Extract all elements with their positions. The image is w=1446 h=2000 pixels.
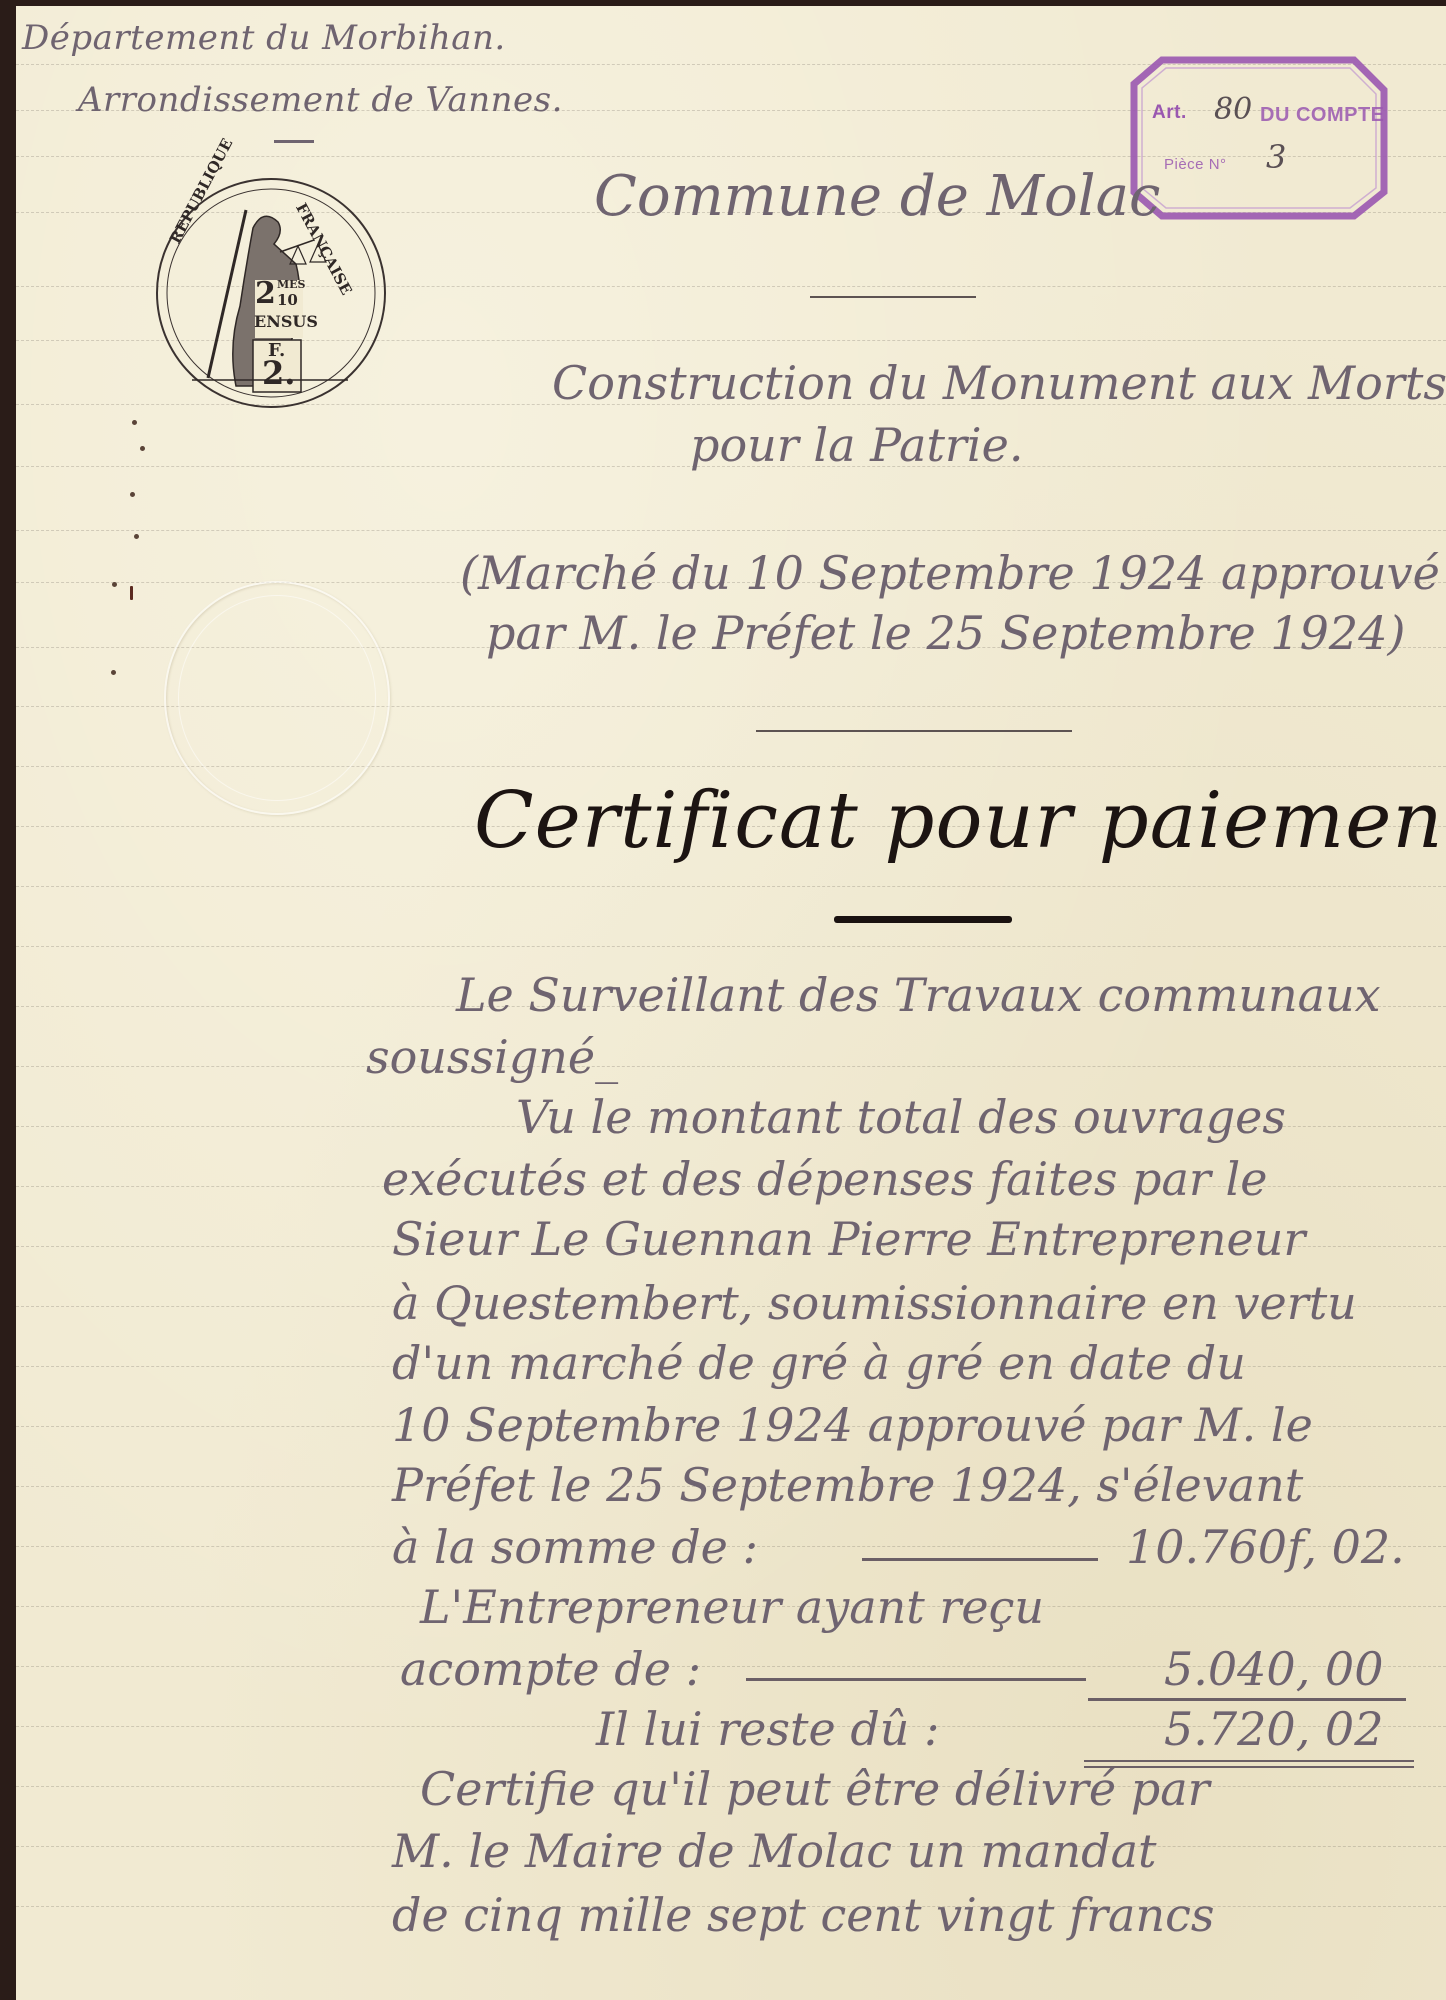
punch-hole	[111, 670, 116, 675]
du-compte-label: DU COMPTE	[1260, 104, 1385, 127]
subtotal-rule	[1088, 1698, 1406, 1701]
total-amount: 10.760f, 02.	[1126, 1520, 1405, 1574]
body-line: Préfet le 25 Septembre 1924, s'élevant	[392, 1458, 1303, 1512]
commune-title: Commune de Molac	[594, 164, 1160, 229]
body-line: d'un marché de gré à gré en date du	[392, 1336, 1246, 1390]
denomination-value: 2.	[262, 354, 295, 392]
piece-label: Pièce N°	[1164, 156, 1227, 173]
tax-fraction-mes: MES	[277, 278, 306, 291]
reste-amount: 5.720, 02	[1164, 1702, 1383, 1756]
body-line: exécutés et des dépenses faites par le	[382, 1152, 1267, 1206]
departement-heading: Département du Morbihan.	[22, 18, 506, 58]
tax-fraction-denominator: 10	[277, 291, 298, 309]
tax-ensus-label: ENSUS	[254, 312, 318, 331]
acompte-leader-line	[746, 1678, 1086, 1681]
body-line: soussigné_	[366, 1030, 618, 1084]
tax-fraction-numerator: 2	[255, 276, 276, 311]
acompte-amount: 5.040, 00	[1164, 1642, 1383, 1696]
art-label: Art.	[1152, 102, 1187, 124]
document-page: Département du Morbihan. Arrondissement …	[16, 6, 1446, 2000]
marche-line-1: (Marché du 10 Septembre 1924 approuvé	[460, 546, 1440, 600]
certifie-line: Certifie qu'il peut être délivré par	[420, 1762, 1210, 1816]
body-line: Le Surveillant des Travaux communaux	[456, 968, 1381, 1022]
reste-label: Il lui reste dû :	[596, 1702, 940, 1756]
ruled-line	[16, 946, 1446, 947]
project-line-2: pour la Patrie.	[690, 418, 1023, 472]
arrondissement-heading: Arrondissement de Vannes.	[78, 80, 563, 120]
body-line: Vu le montant total des ouvrages	[516, 1090, 1286, 1144]
certifie-line: de cinq mille sept cent vingt francs	[392, 1888, 1214, 1942]
punch-hole	[140, 446, 145, 451]
title-underline	[834, 916, 1012, 923]
punch-hole	[130, 492, 135, 497]
octagon-frame-icon	[1128, 54, 1390, 222]
punch-hole	[112, 582, 117, 587]
commune-divider	[810, 296, 976, 298]
fiscal-stamp: REPUBLIQUE FRANÇAISE 2 MES 10 ENSUS F. 2…	[156, 178, 386, 408]
punch-hole	[132, 420, 137, 425]
total-label: à la somme de :	[392, 1520, 758, 1574]
ruled-line	[16, 1066, 1446, 1067]
marche-line-2: par M. le Préfet le 25 Septembre 1924)	[486, 606, 1405, 660]
body-line: à Questembert, soumissionnaire en vertu	[392, 1276, 1357, 1330]
ruled-line	[16, 886, 1446, 887]
ruled-line	[16, 530, 1446, 531]
embossed-seal	[164, 581, 390, 815]
punch-hole	[134, 534, 139, 539]
certifie-line: M. le Maire de Molac un mandat	[392, 1824, 1156, 1878]
acompte-intro: L'Entrepreneur ayant reçu	[420, 1580, 1044, 1634]
document-title: Certificat pour paiement	[474, 776, 1446, 866]
project-line-1: Construction du Monument aux Morts	[552, 356, 1446, 410]
total-leader-line	[862, 1558, 1098, 1561]
art-value: 80	[1214, 92, 1252, 127]
body-line: 10 Septembre 1924 approuvé par M. le	[392, 1398, 1313, 1452]
piece-value: 3	[1266, 138, 1286, 176]
acompte-label: acompte de :	[400, 1642, 701, 1696]
body-line: Sieur Le Guennan Pierre Entrepreneur	[392, 1212, 1305, 1266]
marche-divider	[756, 730, 1072, 732]
header-divider	[274, 140, 314, 143]
punch-hole	[130, 586, 133, 600]
account-stamp: Art. 80 DU COMPTE Pièce N° 3	[1128, 54, 1390, 222]
